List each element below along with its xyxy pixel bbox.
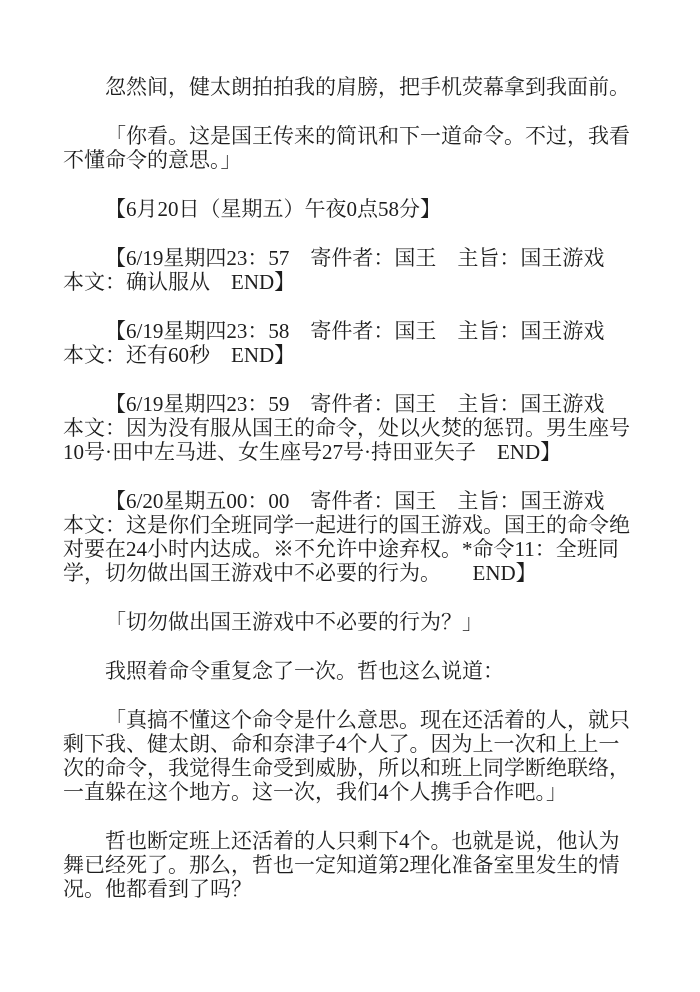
paragraph: 【6月20日（星期五）午夜0点58分】	[63, 197, 638, 221]
paragraph: 我照着命令重复念了一次。哲也这么说道：	[63, 659, 638, 683]
paragraph: 【6/19星期四23：59 寄件者：国王 主旨：国王游戏 本文：因为没有服从国王…	[63, 392, 638, 464]
paragraph: 【6/20星期五00：00 寄件者：国王 主旨：国王游戏 本文：这是你们全班同学…	[63, 489, 638, 585]
paragraph: 忽然间，健太朗拍拍我的肩膀，把手机荧幕拿到我面前。	[63, 75, 638, 99]
paragraph: 【6/19星期四23：57 寄件者：国王 主旨：国王游戏 本文：确认服从 END…	[63, 246, 638, 294]
text-column: 忽然间，健太朗拍拍我的肩膀，把手机荧幕拿到我面前。「你看。这是国王传来的简讯和下…	[63, 75, 638, 901]
paragraph: 「真搞不懂这个命令是什么意思。现在还活着的人，就只 剩下我、健太朗、命和奈津子4…	[63, 708, 638, 804]
paragraph: 【6/19星期四23：58 寄件者：国王 主旨：国王游戏 本文：还有60秒 EN…	[63, 319, 638, 367]
paragraph: 「切勿做出国王游戏中不必要的行为？」	[63, 610, 638, 634]
paragraph: 哲也断定班上还活着的人只剩下4个。也就是说，他认为 舞已经死了。那么，哲也一定知…	[63, 829, 638, 901]
paragraph: 「你看。这是国王传来的简讯和下一道命令。不过，我看 不懂命令的意思。」	[63, 124, 638, 172]
novel-page: 忽然间，健太朗拍拍我的肩膀，把手机荧幕拿到我面前。「你看。这是国王传来的简讯和下…	[0, 0, 700, 992]
